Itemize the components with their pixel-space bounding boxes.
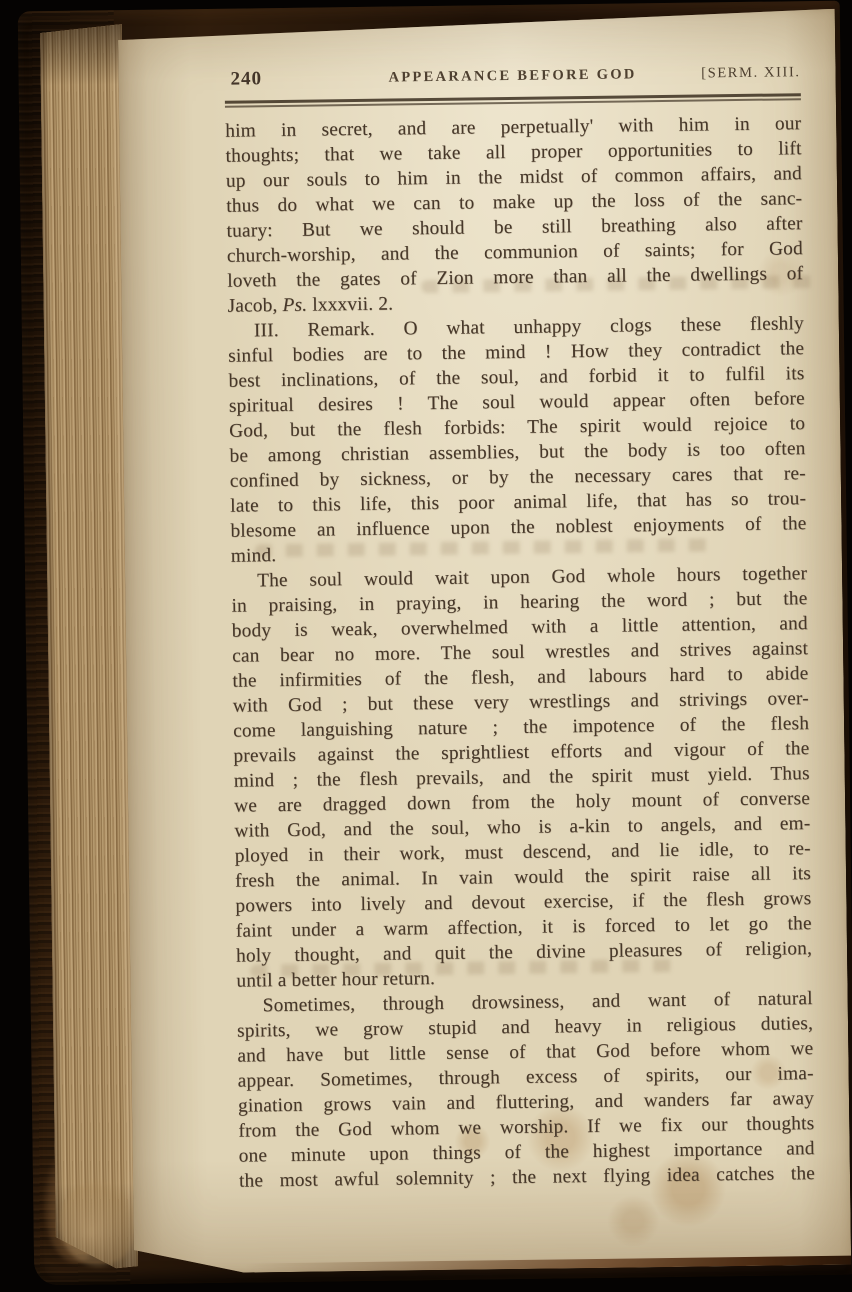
paragraph: The soul would wait upon God whole hours… (231, 561, 813, 994)
text-block: him in secret, and are perpetually' with… (225, 111, 815, 1193)
text-run: until a better hour return. (236, 968, 435, 992)
section-label: [SERM. XIII. (701, 64, 801, 82)
page-number: 240 (230, 68, 262, 90)
header-rule (225, 93, 801, 112)
text-run: lxxxvii. 2. (307, 294, 393, 316)
text-run: Jacob, (227, 295, 282, 317)
page-header: 240 APPEARANCE BEFORE GOD [SERM. XIII. (224, 61, 800, 95)
page-content: 240 APPEARANCE BEFORE GOD [SERM. XIII. h… (118, 9, 850, 1195)
paragraph: Sometimes, through drowsiness, and want … (237, 986, 816, 1194)
text-run: the most awful solemnity ; the next flyi… (239, 1163, 815, 1192)
scan-background: 240 APPEARANCE BEFORE GOD [SERM. XIII. h… (0, 0, 852, 1292)
book: 240 APPEARANCE BEFORE GOD [SERM. XIII. h… (18, 1, 852, 1286)
paragraph: III. Remark. O what unhappy clogs these … (228, 311, 807, 569)
italic-text-run: Ps. (282, 295, 307, 316)
paragraph: him in secret, and are perpetually' with… (225, 111, 804, 319)
book-page: 240 APPEARANCE BEFORE GOD [SERM. XIII. h… (118, 9, 851, 1274)
text-run: mind. (231, 545, 277, 567)
running-title: APPEARANCE BEFORE GOD (388, 66, 636, 86)
